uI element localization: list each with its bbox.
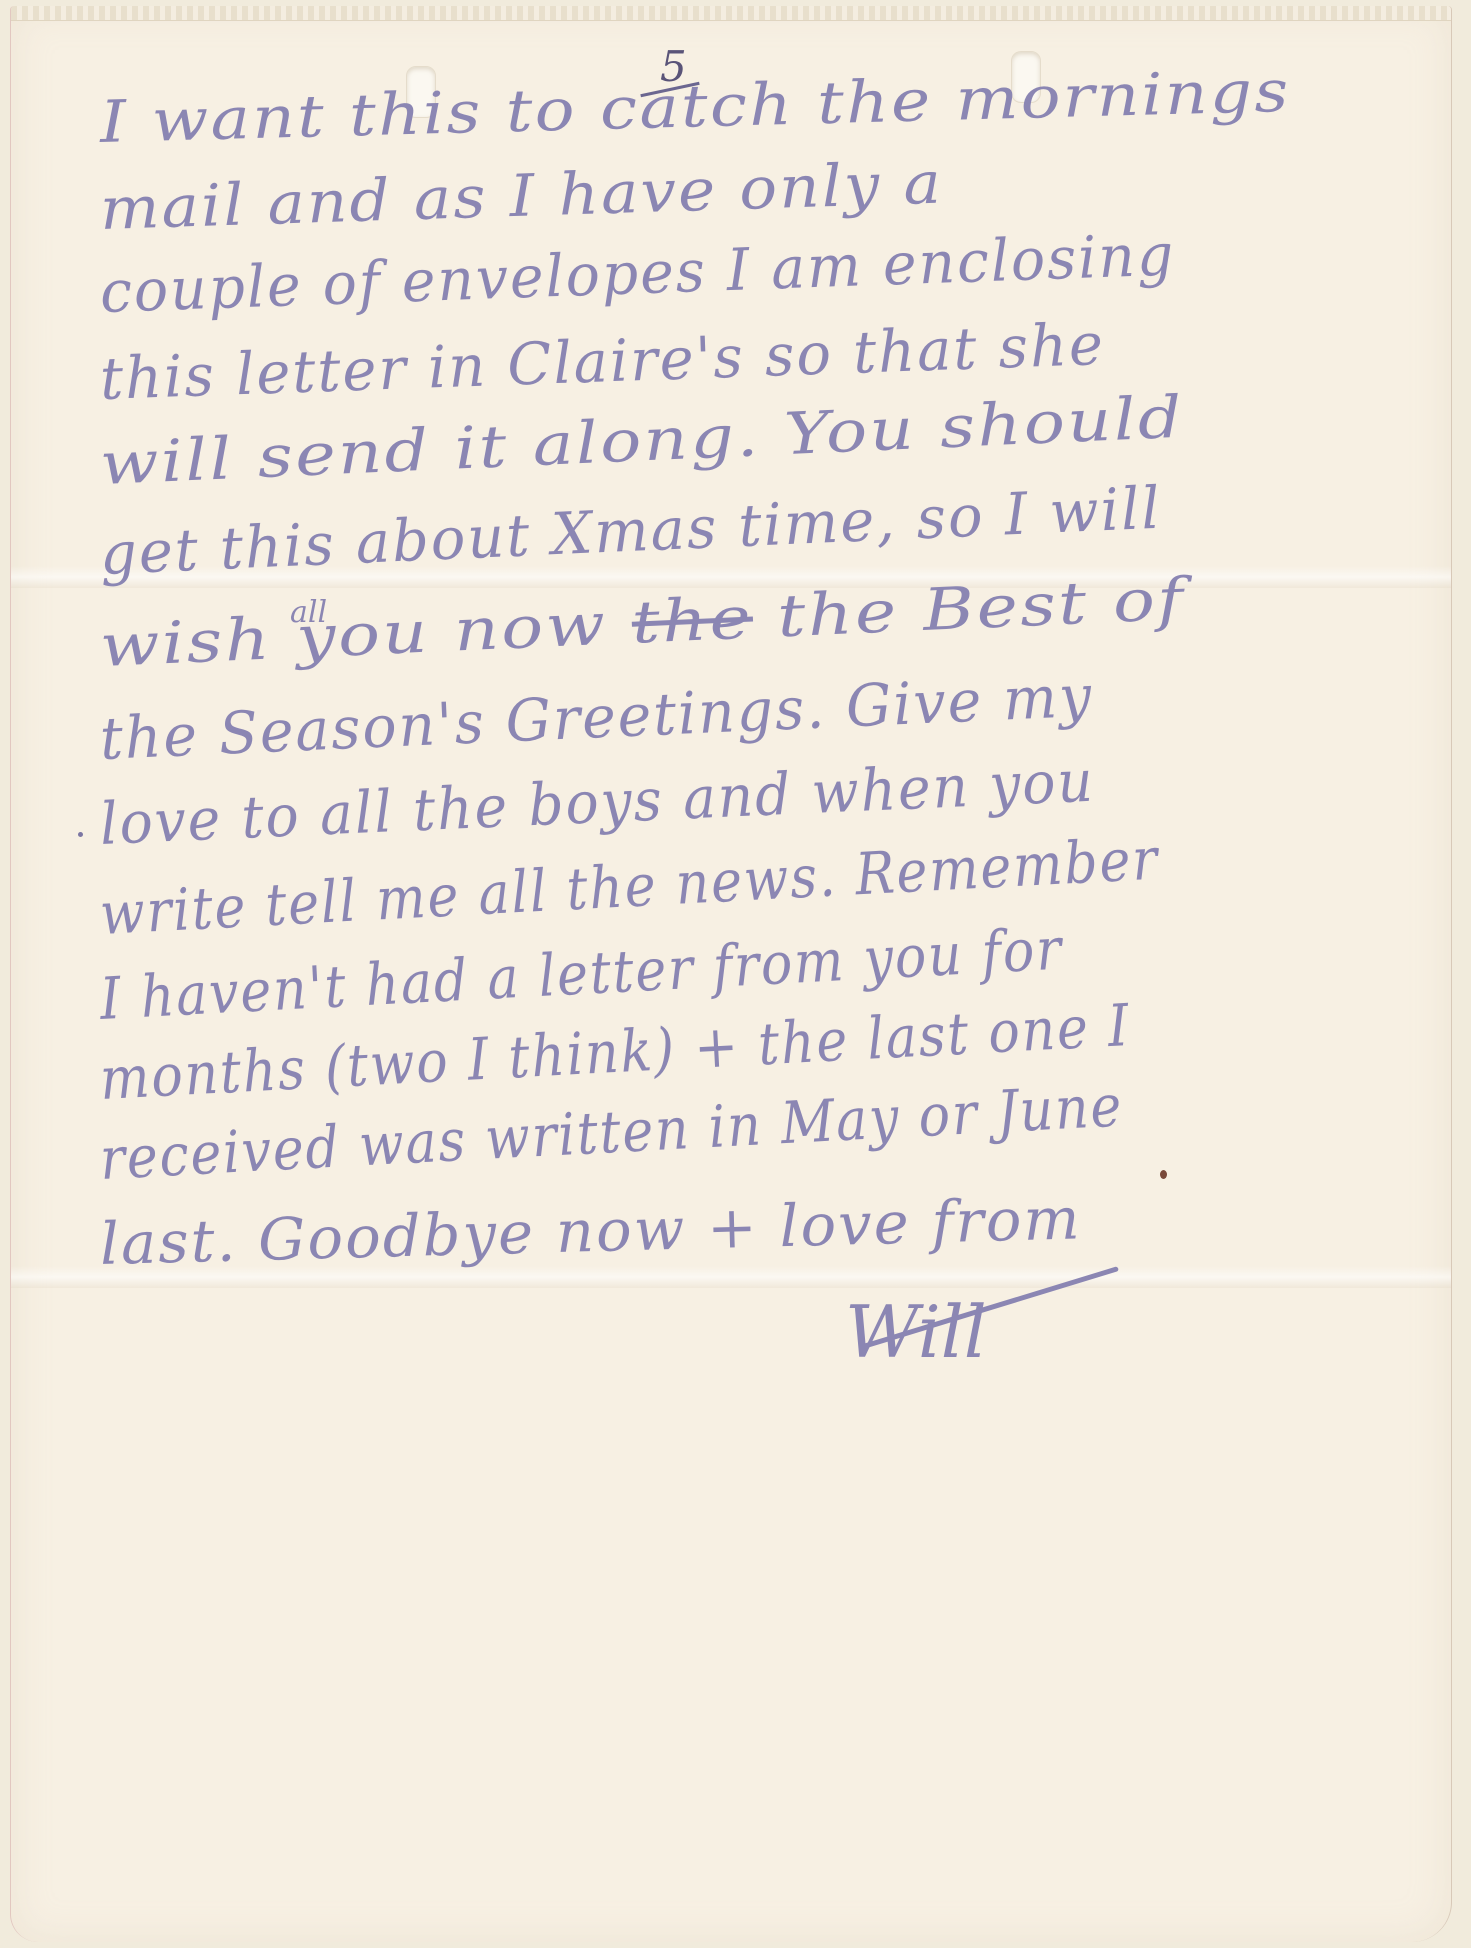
letter-body: I want this to catch the mornings mail a… [0,0,1471,1948]
line-segment: the Best of [751,565,1186,652]
margin-dot [78,832,83,837]
line-segment: wish you [99,598,431,680]
inserted-word: all [290,595,327,630]
line-segment: now [428,589,633,666]
letter-line: last. Goodbye now + love from [99,1184,1082,1278]
ink-spot [1160,1170,1167,1179]
letter-line: mail and as I have only a [99,149,944,243]
letter-line: I want this to catch the mornings [99,57,1291,156]
letter-line-with-edit: wish you now the the Best of [99,565,1187,680]
struck-out-word: the [630,584,754,657]
